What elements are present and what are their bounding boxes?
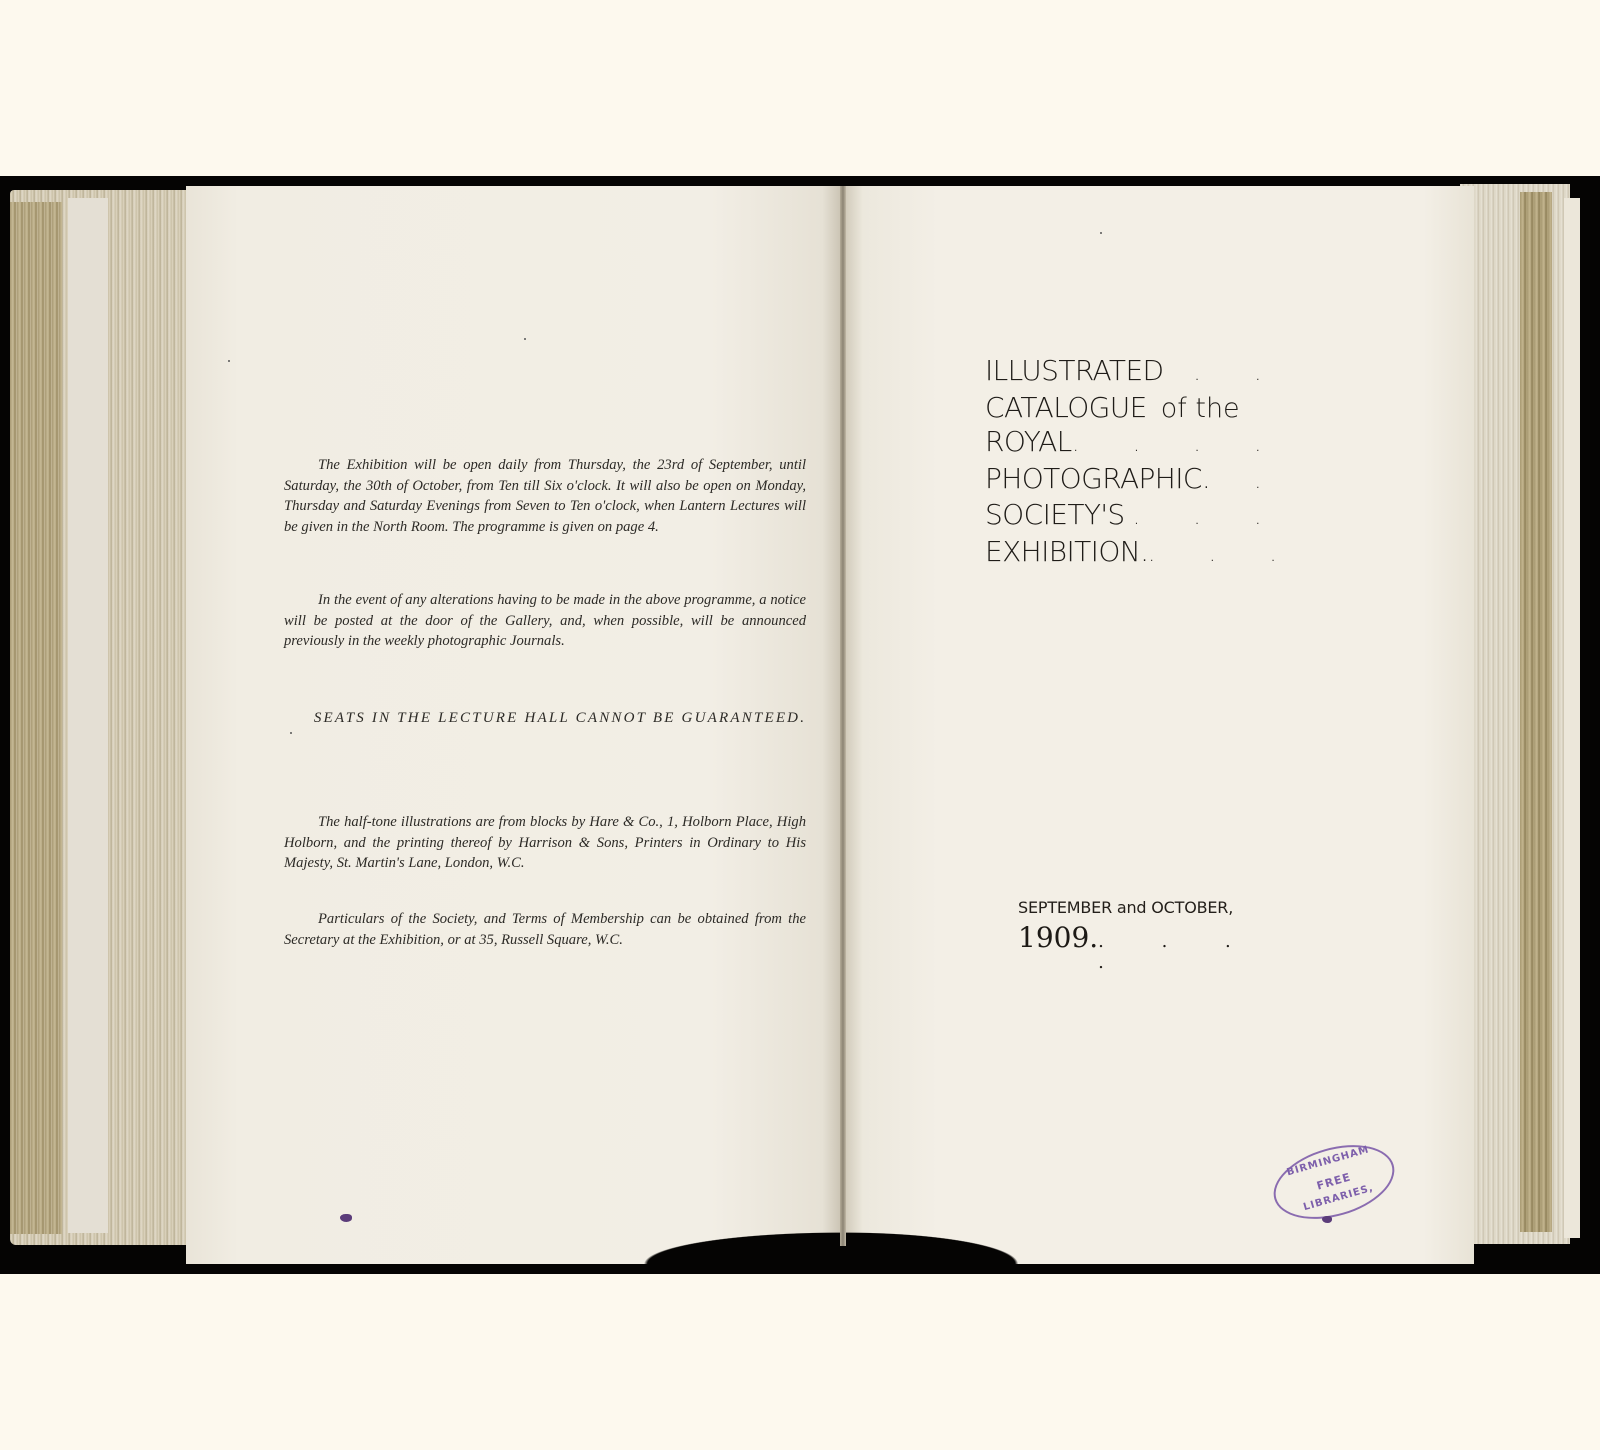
ink-blot (1322, 1216, 1332, 1223)
left-cover-edge (10, 202, 62, 1234)
title-line: ROYAL. . . . (985, 425, 1285, 462)
alterations-paragraph: In the event of any alterations having t… (284, 590, 806, 652)
book-gutter (840, 186, 846, 1246)
title-line: PHOTOGRAPHIC.. (985, 462, 1285, 499)
paper-speck (228, 360, 230, 362)
title-line: CATALOGUEof the (985, 391, 1285, 426)
membership-paragraph: Particulars of the Society, and Terms of… (284, 909, 806, 950)
printing-credits-paragraph: The half-tone illustrations are from blo… (284, 812, 806, 874)
right-cover-edge (1520, 192, 1552, 1232)
months-label: SEPTEMBER and OCTOBER, (1018, 898, 1258, 917)
title-line: EXHIBITION.. . . (985, 535, 1285, 572)
right-plate-edge (1564, 198, 1580, 1238)
paper-speck (524, 338, 526, 340)
exhibition-hours-paragraph: The Exhibition will be open daily from T… (284, 455, 806, 537)
right-page-edges (1460, 184, 1570, 1244)
title-line: SOCIETY'S. . . (985, 498, 1285, 535)
left-page-edges (10, 190, 210, 1245)
seats-notice: SEATS IN THE LECTURE HALL CANNOT BE GUAR… (300, 708, 820, 729)
right-page (844, 186, 1474, 1264)
left-plate-edge (68, 198, 108, 1233)
paper-speck (290, 732, 292, 734)
paper-speck (1100, 232, 1102, 234)
ink-blot (340, 1214, 352, 1222)
exhibition-date: SEPTEMBER and OCTOBER, 1909.. . . . (1018, 898, 1258, 973)
title-line: ILLUSTRATED. . (985, 354, 1285, 391)
year-label: 1909.. . . . (1018, 921, 1258, 973)
catalogue-title: ILLUSTRATED. . CATALOGUEof the ROYAL. . … (985, 354, 1285, 571)
